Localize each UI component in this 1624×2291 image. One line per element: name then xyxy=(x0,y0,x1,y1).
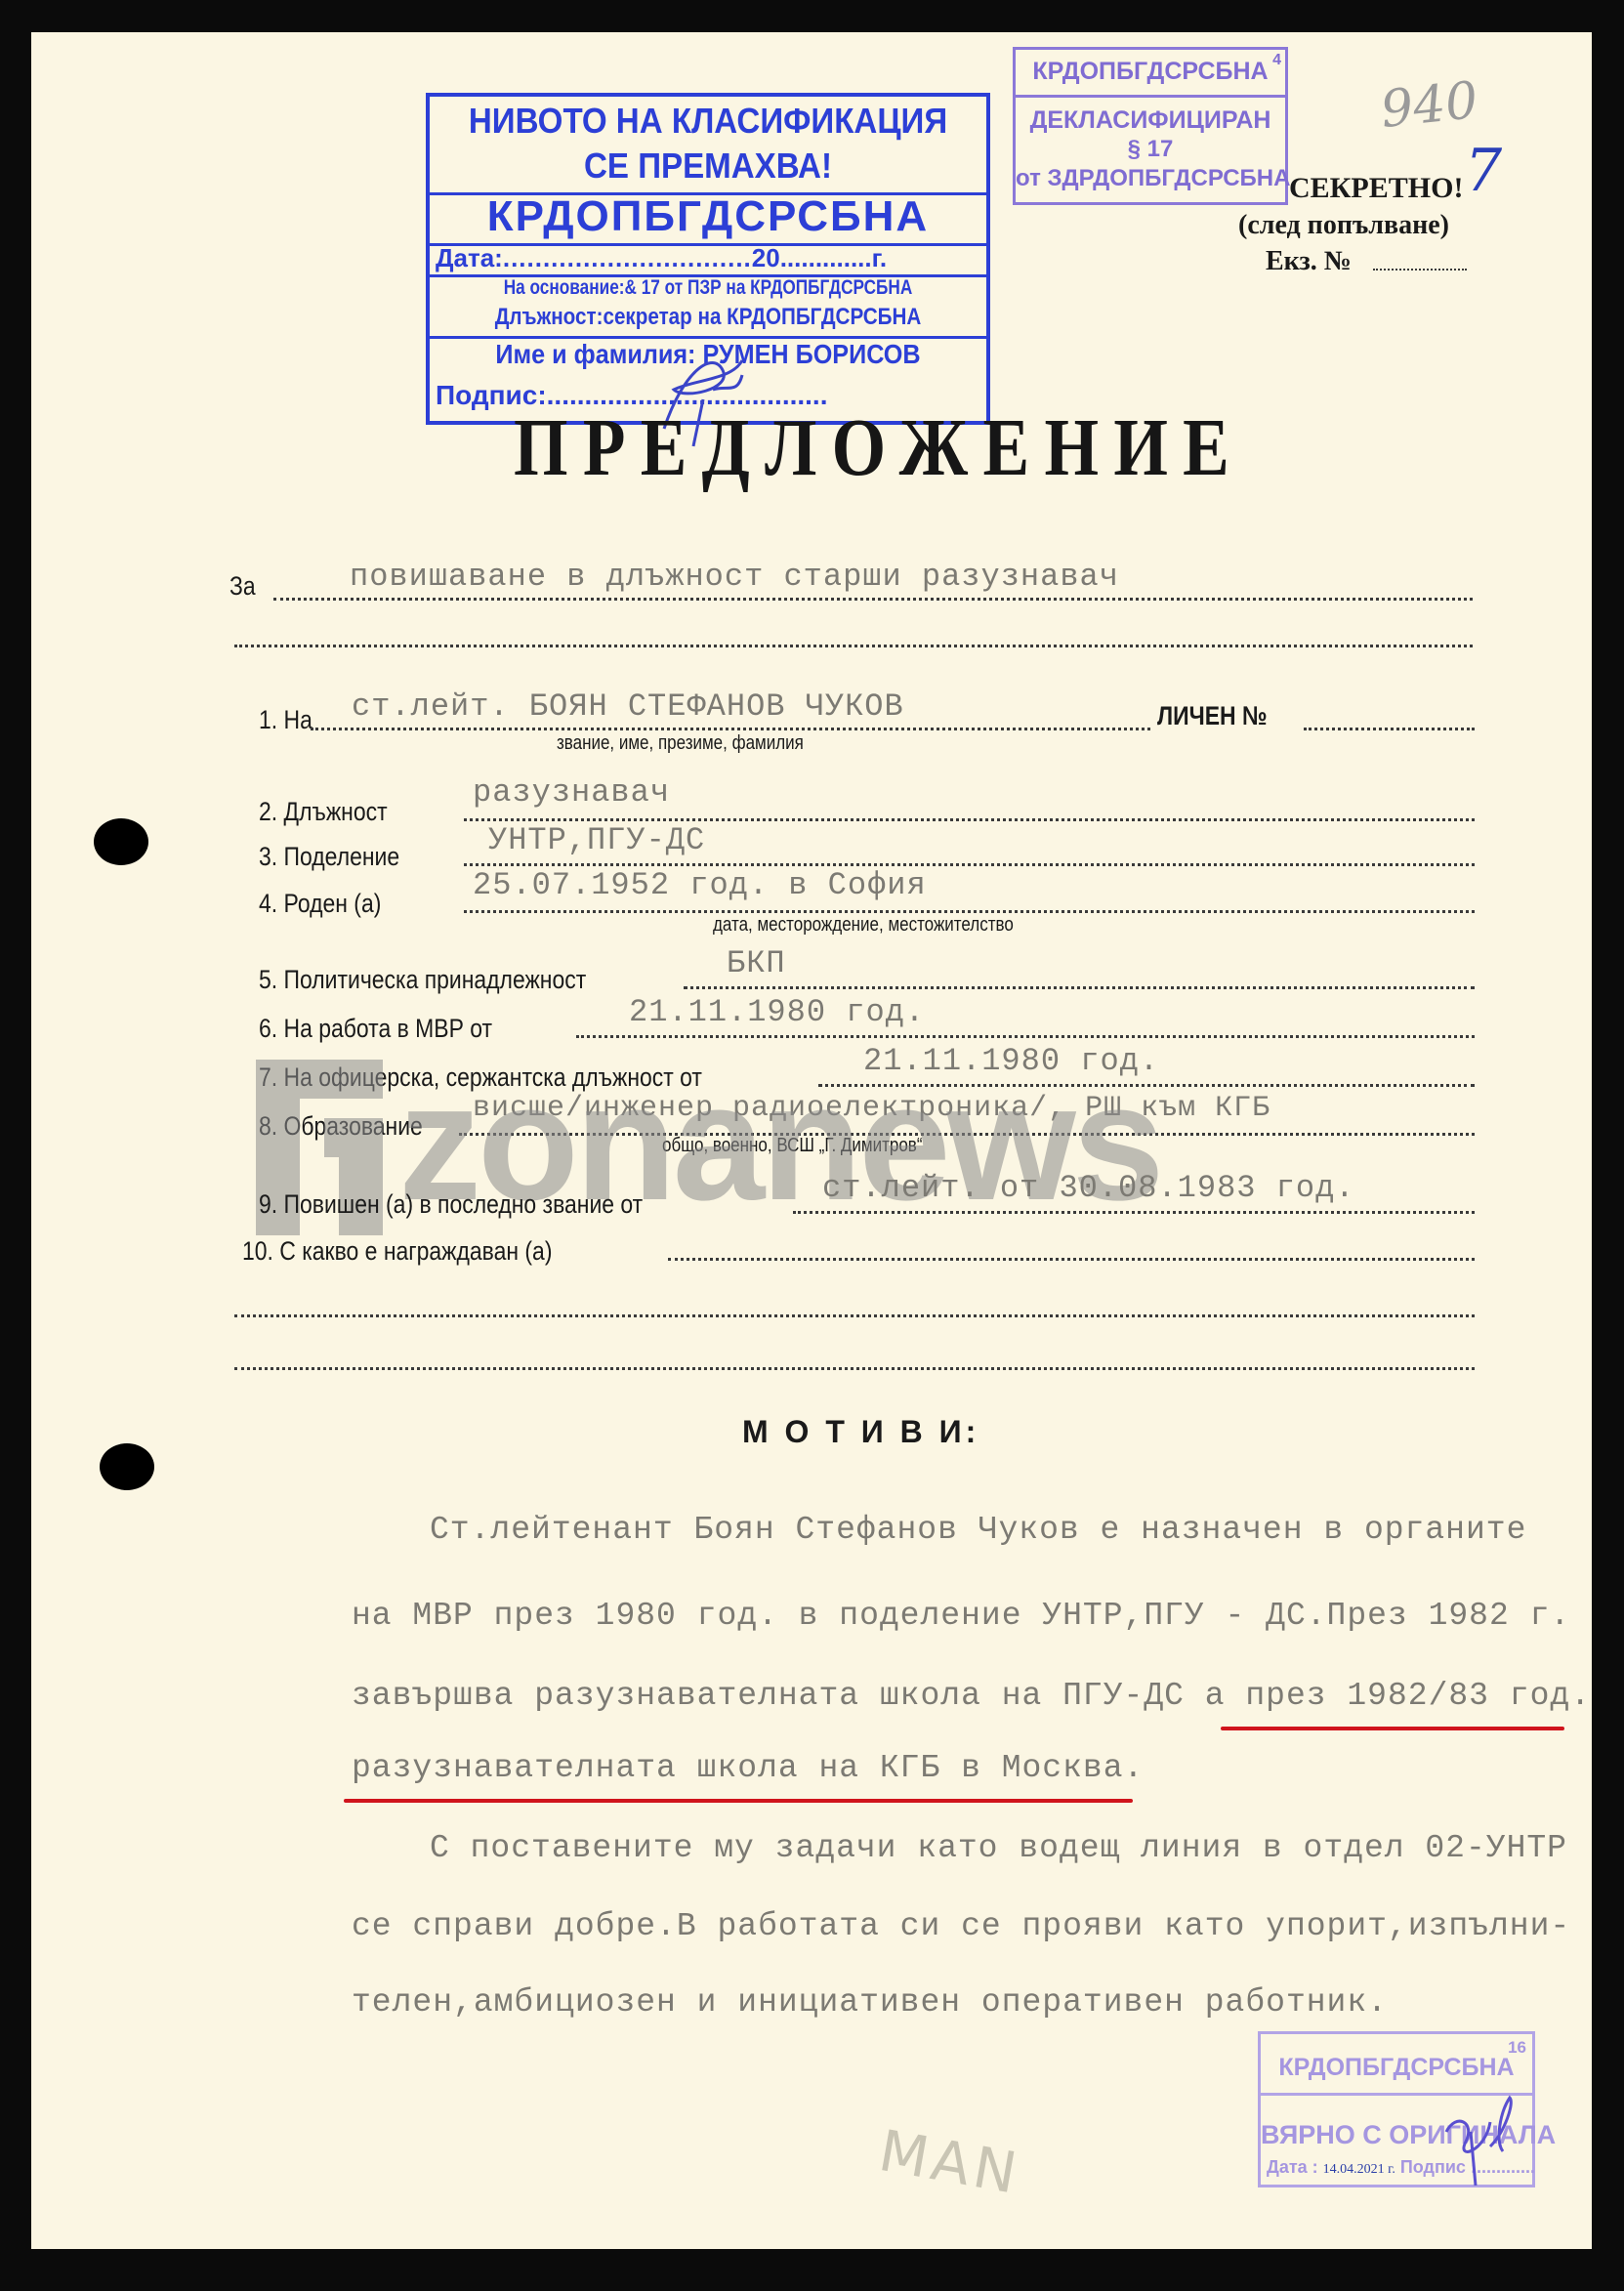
field-2-label: 2. Длъжност xyxy=(259,797,388,827)
field-3-label: 3. Поделение xyxy=(259,842,399,872)
purpose-label: За xyxy=(229,571,256,602)
motives-line-6: се справи добре.В работата си се прояви … xyxy=(352,1908,1570,1944)
field-1-label: 1. На xyxy=(259,705,312,735)
declassified-stamp-small: КРДОПБГДСРСБНА 4 ДЕКЛАСИФИЦИРАН § 17 от … xyxy=(1013,47,1288,205)
stamp-small-status: ДЕКЛАСИФИЦИРАН xyxy=(1016,106,1285,135)
field-5-value: БКП xyxy=(727,945,786,981)
field-6-label: 6. На работа в МВР от xyxy=(259,1014,492,1044)
field-5-label: 5. Политическа принадлежност xyxy=(259,965,586,995)
field-6-value: 21.11.1980 год. xyxy=(629,994,925,1030)
handwritten-mark: 7 xyxy=(1465,137,1502,205)
stamp-date-year: 20 xyxy=(752,243,780,272)
motives-line-2: на МВР през 1980 год. в поделение УНТР,П… xyxy=(352,1598,1570,1634)
stamp-small-source: от ЗДРДОПБГДСРСБНА xyxy=(1016,165,1285,192)
red-underline-1 xyxy=(1221,1727,1564,1730)
field-9-label: 9. Повишен (а) в последно звание от xyxy=(259,1189,643,1220)
stamp-date-label: Дата: xyxy=(436,243,503,272)
stamp-small-number: 4 xyxy=(1272,52,1281,69)
certified-copy-stamp: КРДОПБГДСРСБНА 16 ВЯРНО С ОРИГИНАЛА Дата… xyxy=(1258,2031,1535,2187)
copy-number-label: Екз. № xyxy=(1266,246,1352,277)
classification-note: (след попълване) xyxy=(1238,210,1449,241)
field-4-label: 4. Роден (а) xyxy=(259,889,381,919)
stamp-org: КРДОПБГДСРСБНА xyxy=(430,192,986,241)
field-10-label: 10. С какво е награждаван (а) xyxy=(242,1236,552,1267)
punch-hole-top xyxy=(94,818,148,865)
field-3-value: УНТР,ПГУ-ДС xyxy=(488,822,705,858)
stamp-small-paragraph: § 17 xyxy=(1016,136,1285,163)
red-underline-2 xyxy=(344,1799,1133,1803)
field-1-value: ст.лейт. БОЯН СТЕФАНОВ ЧУКОВ xyxy=(352,688,904,725)
declassification-stamp: НИВОТО НА КЛАСИФИКАЦИЯ СЕ ПРЕМАХВА! КРДО… xyxy=(426,93,990,425)
stamp-small-org: КРДОПБГДСРСБНА xyxy=(1016,58,1285,86)
motives-line-3: завършва разузнавателната школа на ПГУ-Д… xyxy=(352,1678,1591,1714)
stamp-basis: На основание:& 17 от ПЗР на КРДОПБГДСРСБ… xyxy=(479,276,936,300)
field-4-value: 25.07.1952 год. в София xyxy=(473,867,927,903)
motives-line-4: разузнавателната школа на КГБ в Москва. xyxy=(352,1750,1144,1786)
motives-line-1: Ст.лейтенант Боян Стефанов Чуков е назна… xyxy=(430,1512,1526,1548)
personal-number-label: ЛИЧЕН № xyxy=(1157,701,1268,731)
motives-heading: М О Т И В И: xyxy=(742,1414,979,1450)
certified-date-label: Дата : xyxy=(1267,2157,1318,2177)
field-4-caption: дата, месторождение, местожителство xyxy=(713,914,1014,937)
certified-date-value: 14.04.2021 г. xyxy=(1323,2162,1395,2177)
motives-line-5: С поставените му задачи като водещ линия… xyxy=(430,1830,1567,1866)
stamp-position: Длъжност:секретар на КРДОПБГДСРСБНА xyxy=(469,304,947,331)
motives-line-7: телен,амбициозен и инициативен оперативе… xyxy=(352,1984,1388,2020)
purpose-value: повишаване в длъжност старши разузнавач xyxy=(350,559,1119,595)
classification-level: СЕКРЕТНО! xyxy=(1289,172,1463,205)
field-9-value: ст.лейт. от 30.08.1983 год. xyxy=(822,1170,1354,1206)
page-title: ПРЕДЛОЖЕНИЕ xyxy=(514,400,1244,495)
stamp-date-row: Дата:...............................20..… xyxy=(430,243,992,273)
certified-number: 16 xyxy=(1508,2038,1526,2058)
stamp-date-suffix: г. xyxy=(872,243,887,272)
certified-signature-icon xyxy=(1437,2093,1524,2190)
stamp-line-2: СЕ ПРЕМАХВА! xyxy=(452,146,964,187)
certified-org: КРДОПБГДСРСБНА xyxy=(1261,2054,1532,2082)
field-1-caption: звание, име, презиме, фамилия xyxy=(557,732,804,755)
punch-hole-bottom xyxy=(100,1443,154,1490)
handwritten-page-number: 940 xyxy=(1378,71,1480,140)
field-2-value: разузнавач xyxy=(473,774,670,811)
stamp-line-1: НИВОТО НА КЛАСИФИКАЦИЯ xyxy=(452,101,964,142)
